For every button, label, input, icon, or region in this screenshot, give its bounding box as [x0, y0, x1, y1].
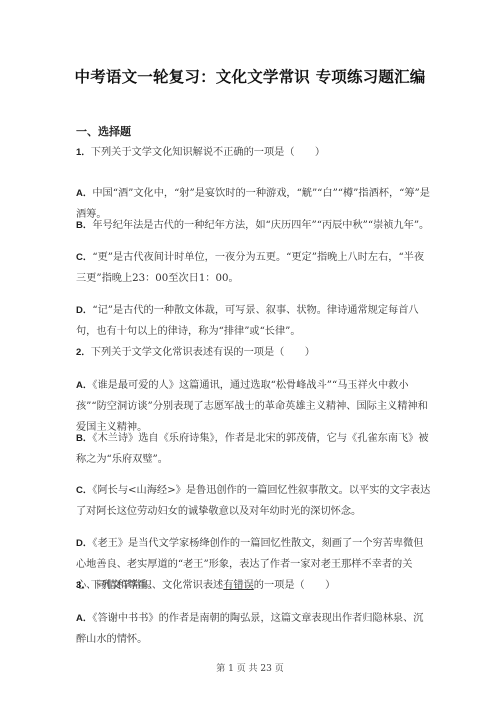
question-1-option-b: B．年号纪年法是古代的一种纪年方法，如“庆历四年”“丙辰中秋”“崇祯九年”。 — [76, 215, 432, 236]
question-number: 1． — [76, 147, 91, 158]
underlined-emphasis: 有错误 — [223, 580, 254, 591]
option-label: D． — [76, 538, 92, 549]
question-number: 3． — [76, 580, 91, 591]
question-number: 2． — [76, 347, 91, 358]
option-label: A． — [76, 188, 92, 199]
question-2-stem: 2．下列关于文学文化常识表述有误的一项是（ ） — [76, 342, 432, 363]
section-heading: 一、选择题 — [76, 123, 131, 139]
option-label: C． — [76, 252, 92, 263]
document-title: 中考语文一轮复习：文化文学常识 专项练习题汇编 — [0, 65, 500, 87]
option-label: B． — [76, 433, 92, 444]
option-label: C． — [76, 485, 92, 496]
option-label: A． — [76, 613, 92, 624]
question-1-stem: 1．下列关于文学文化知识解说不正确的一项是（ ） — [76, 142, 432, 163]
option-label: D． — [76, 305, 92, 316]
question-3-option-a: A．《答谢中书书》的作者是南朝的陶弘景，这篇文章表现出作者归隐林泉、沉醉山水的情… — [76, 608, 432, 650]
question-1-option-c: C．“更”是古代夜间计时单位，一夜分为五更。“更定”指晚上八时左右，“半夜三更”… — [76, 247, 432, 289]
option-label: A． — [76, 380, 92, 391]
question-2-option-b: B．《木兰诗》选自《乐府诗集》，作者是北宋的郭茂倩，它与《孔雀东南飞》被称之为“… — [76, 428, 432, 470]
question-2-option-c: C．《阿长与<山海经>》是鲁迅创作的一篇回忆性叙事散文。以平实的文字表达了对阿长… — [76, 480, 432, 522]
option-label: B． — [76, 220, 92, 231]
page-footer: 第 1 页 共 23 页 — [0, 661, 500, 674]
question-1-option-d: D．“记”是古代的一种散文体裁，可写景、叙事、状物。律诗通常规定每首八句，也有十… — [76, 300, 432, 342]
question-3-stem: 3．下列文学常识、文化常识表述有错误的一项是（ ） — [76, 575, 432, 596]
